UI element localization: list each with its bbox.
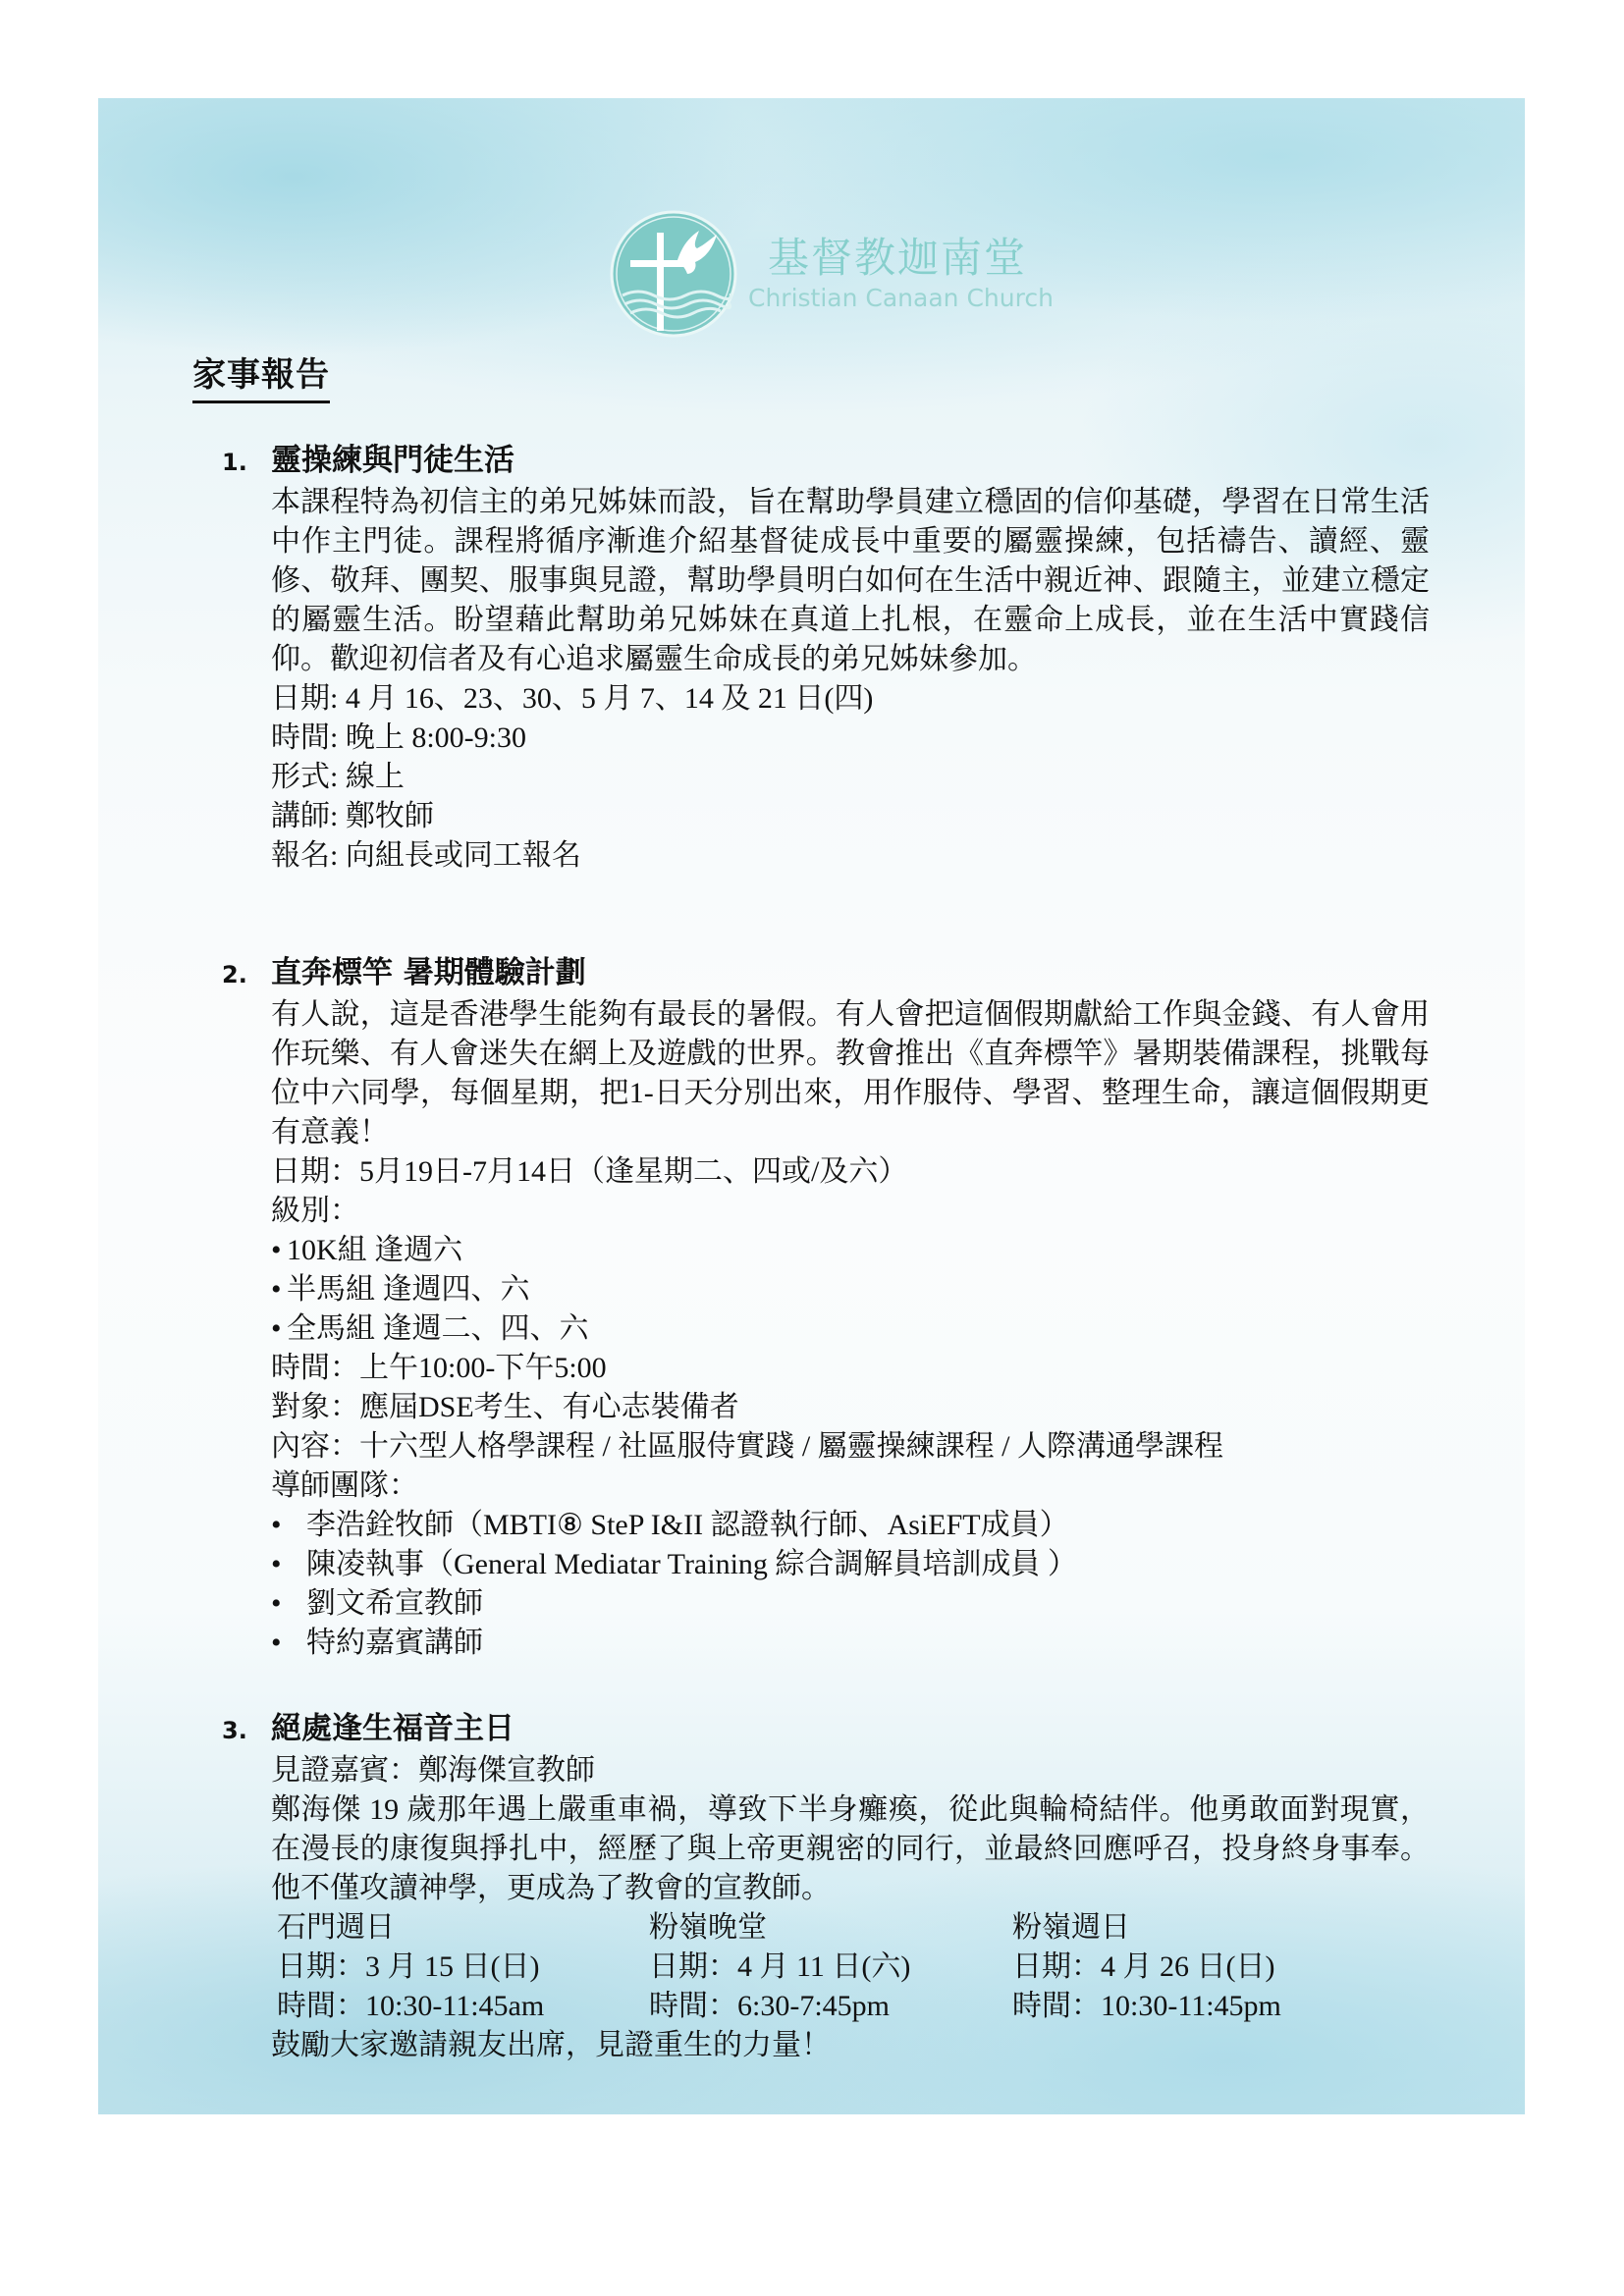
section-description: 本課程特為初信主的弟兄姊妹而設，旨在幫助學員建立穩固的信仰基礎，學習在日常生活中…	[271, 483, 1430, 679]
detail-speaker: 講師: 鄭牧師	[271, 797, 1459, 836]
detail-format: 形式: 線上	[271, 758, 1459, 797]
detail-date: 日期: 4 月 16、23、30、5 月 7、14 及 21 日(四)	[271, 679, 1459, 719]
section-heading: 1. 靈操練與門徒生活	[222, 440, 1459, 483]
detail-audience: 對象：應屆DSE考生、有心志裝備者	[271, 1388, 1459, 1427]
schedule-column: 粉嶺週日 日期：4 月 26 日(日) 時間：10:30-11:45pm	[1012, 1908, 1405, 2026]
schedule-time: 時間：6:30-7:45pm	[649, 1987, 1012, 2026]
list-item: •劉文希宣教師	[271, 1584, 1459, 1624]
list-item: •陳凌執事（General Mediatar Training 綜合調解員培訓成…	[271, 1545, 1459, 1584]
list-item: •全馬組 逢週二、四、六	[271, 1309, 1459, 1349]
detail-content: 內容：十六型人格學課程 / 社區服侍實踐 / 屬靈操練課程 / 人際溝通學課程	[271, 1427, 1459, 1467]
bullet-icon: •	[271, 1309, 287, 1349]
announcement-section-1: 1. 靈操練與門徒生活 本課程特為初信主的弟兄姊妹而設，旨在幫助學員建立穩固的信…	[222, 440, 1459, 876]
bullet-icon: •	[271, 1624, 306, 1663]
schedule-time: 時間：10:30-11:45am	[277, 1987, 649, 2026]
schedule-venue: 石門週日	[277, 1908, 649, 1948]
detail-registration: 報名: 向組長或同工報名	[271, 836, 1459, 876]
detail-date: 日期：5月19日-7月14日（逢星期二、四或/及六）	[271, 1152, 1459, 1192]
bullet-icon: •	[271, 1231, 287, 1270]
church-name-chinese: 基督教迦南堂	[768, 234, 1054, 283]
schedule-column: 石門週日 日期：3 月 15 日(日) 時間：10:30-11:45am	[277, 1908, 649, 2026]
church-name-english: Christian Canaan Church	[748, 283, 1054, 314]
service-schedule: 石門週日 日期：3 月 15 日(日) 時間：10:30-11:45am 粉嶺晚…	[277, 1908, 1459, 2026]
schedule-date: 日期：4 月 11 日(六)	[649, 1948, 1012, 1987]
cross-dove-waves-icon	[609, 209, 738, 339]
section-heading: 3. 絕處逢生福音主日	[222, 1708, 1459, 1751]
bullet-icon: •	[271, 1545, 306, 1584]
schedule-venue: 粉嶺週日	[1012, 1908, 1405, 1948]
bullet-icon: •	[271, 1506, 306, 1545]
mentors-list: •李浩銓牧師（MBTI⑧ SteP I&II 認證執行師、AsiEFT成員） •…	[271, 1506, 1459, 1663]
bullet-icon: •	[271, 1270, 287, 1309]
section-number: 2.	[222, 954, 271, 995]
section-heading: 2. 直奔標竿 暑期體驗計劃	[222, 952, 1459, 995]
bullet-icon: •	[271, 1584, 306, 1624]
levels-label: 級別：	[271, 1192, 1459, 1231]
guest-line: 見證嘉賓：鄭海傑宣教師	[271, 1751, 1459, 1790]
list-item: •特約嘉賓講師	[271, 1624, 1459, 1663]
section-title: 直奔標竿 暑期體驗計劃	[271, 952, 586, 993]
section-title: 絕處逢生福音主日	[271, 1708, 514, 1749]
announcement-section-3: 3. 絕處逢生福音主日 見證嘉賓：鄭海傑宣教師 鄭海傑 19 歲那年遇上嚴重車禍…	[222, 1708, 1459, 2065]
detail-time: 時間：上午10:00-下午5:00	[271, 1349, 1459, 1388]
mentors-label: 導師團隊：	[271, 1467, 1459, 1506]
schedule-date: 日期：4 月 26 日(日)	[1012, 1948, 1405, 1987]
detail-time: 時間: 晚上 8:00-9:30	[271, 719, 1459, 758]
page-title: 家事報告	[192, 353, 330, 403]
list-item: •李浩銓牧師（MBTI⑧ SteP I&II 認證執行師、AsiEFT成員）	[271, 1506, 1459, 1545]
section-number: 1.	[222, 442, 271, 483]
list-item: •半馬組 逢週四、六	[271, 1270, 1459, 1309]
section-description: 有人說，這是香港學生能夠有最長的暑假。有人會把這個假期獻給工作與金錢、有人會用作…	[271, 995, 1430, 1152]
schedule-date: 日期：3 月 15 日(日)	[277, 1948, 649, 1987]
levels-list: •10K組 逢週六 •半馬組 逢週四、六 •全馬組 逢週二、四、六	[271, 1231, 1459, 1349]
list-item: •10K組 逢週六	[271, 1231, 1459, 1270]
schedule-venue: 粉嶺晚堂	[649, 1908, 1012, 1948]
section-title: 靈操練與門徒生活	[271, 440, 514, 481]
closing-invitation: 鼓勵大家邀請親友出席，見證重生的力量！	[271, 2026, 1459, 2065]
announcement-section-2: 2. 直奔標竿 暑期體驗計劃 有人說，這是香港學生能夠有最長的暑假。有人會把這個…	[222, 952, 1459, 1663]
church-logo: 基督教迦南堂 Christian Canaan Church	[609, 209, 1054, 339]
schedule-column: 粉嶺晚堂 日期：4 月 11 日(六) 時間：6:30-7:45pm	[649, 1908, 1012, 2026]
schedule-time: 時間：10:30-11:45pm	[1012, 1987, 1405, 2026]
section-number: 3.	[222, 1710, 271, 1751]
section-description: 鄭海傑 19 歲那年遇上嚴重車禍，導致下半身癱瘓，從此與輪椅結伴。他勇敢面對現實…	[271, 1790, 1430, 1908]
